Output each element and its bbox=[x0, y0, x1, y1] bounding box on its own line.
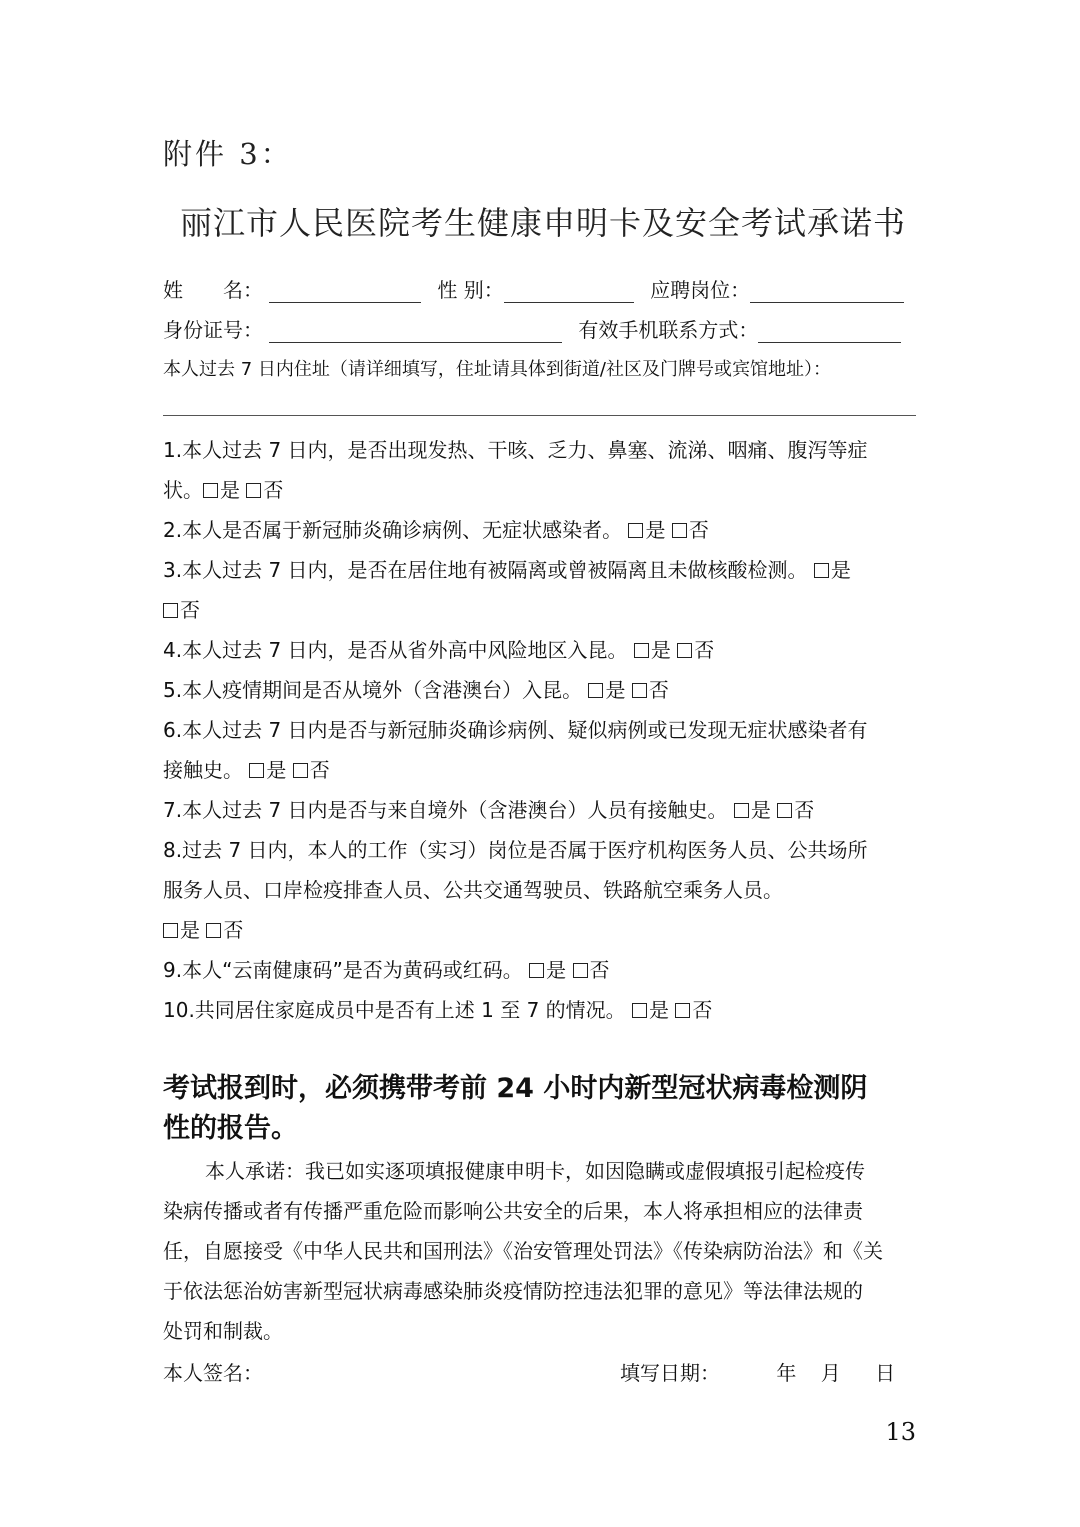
question-8-line2: 服务人员、口岸检疫排查人员、公共交通驾驶员、铁路航空乘务人员。 bbox=[163, 874, 783, 903]
gender-input[interactable] bbox=[504, 280, 634, 303]
notice-line1: 考试报到时，必须携带考前 24 小时内新型冠状病毒检测阴 bbox=[163, 1066, 867, 1105]
question-3-line2: 否 bbox=[163, 594, 200, 623]
question-8-options: 是 否 bbox=[163, 914, 243, 943]
checkbox-no[interactable] bbox=[246, 483, 261, 498]
month-label: 月 bbox=[821, 1361, 841, 1385]
question-4: 4.本人过去 7 日内，是否从省外高中风险地区入昆。 是 否 bbox=[163, 634, 714, 663]
checkbox-no[interactable] bbox=[632, 683, 647, 698]
signature-label: 本人签名： bbox=[163, 1357, 263, 1386]
id-label: 身份证号： bbox=[163, 318, 263, 342]
name-label: 姓 名： bbox=[163, 278, 263, 302]
promise-line2: 染病传播或者有传播严重危险而影响公共安全的后果，本人将承担相应的法律责 bbox=[163, 1195, 863, 1224]
address-input[interactable] bbox=[163, 415, 916, 416]
name-input[interactable] bbox=[269, 280, 421, 303]
position-label: 应聘岗位： bbox=[650, 278, 750, 302]
checkbox-yes[interactable] bbox=[529, 963, 544, 978]
question-10: 10.共同居住家庭成员中是否有上述 1 至 7 的情况。 是 否 bbox=[163, 994, 712, 1023]
question-1-line2: 状。是 否 bbox=[163, 474, 283, 503]
date-label: 填写日期： bbox=[620, 1361, 720, 1385]
checkbox-no[interactable] bbox=[677, 643, 692, 658]
checkbox-yes[interactable] bbox=[588, 683, 603, 698]
checkbox-yes[interactable] bbox=[249, 763, 264, 778]
notice-line2: 性的报告。 bbox=[163, 1106, 298, 1145]
date-row: 填写日期： 年 月 日 bbox=[620, 1357, 895, 1386]
promise-line3: 任，自愿接受《中华人民共和国刑法》《治安管理处罚法》《传染病防治法》和《关 bbox=[163, 1235, 883, 1264]
phone-label: 有效手机联系方式： bbox=[578, 318, 758, 342]
checkbox-no[interactable] bbox=[206, 923, 221, 938]
question-3-line1: 3.本人过去 7 日内，是否在居住地有被隔离或曾被隔离且未做核酸检测。 是 bbox=[163, 554, 851, 583]
checkbox-no[interactable] bbox=[163, 603, 178, 618]
question-6-line1: 6.本人过去 7 日内是否与新冠肺炎确诊病例、疑似病例或已发现无症状感染者有 bbox=[163, 714, 868, 743]
year-label: 年 bbox=[776, 1361, 796, 1385]
question-7: 7.本人过去 7 日内是否与来自境外（含港澳台）人员有接触史。 是 否 bbox=[163, 794, 814, 823]
attachment-label: 附件 3： bbox=[163, 132, 293, 173]
id-phone-row: 身份证号： 有效手机联系方式： bbox=[163, 314, 901, 343]
question-8-line1: 8.过去 7 日内，本人的工作（实习）岗位是否属于医疗机构医务人员、公共场所 bbox=[163, 834, 868, 863]
page-number: 13 bbox=[885, 1418, 916, 1446]
checkbox-yes[interactable] bbox=[632, 1003, 647, 1018]
checkbox-no[interactable] bbox=[293, 763, 308, 778]
question-1-line1: 1.本人过去 7 日内，是否出现发热、干咳、乏力、鼻塞、流涕、咽痛、腹泻等症 bbox=[163, 434, 868, 463]
promise-line5: 处罚和制裁。 bbox=[163, 1315, 283, 1344]
name-field-row: 姓 名： 性 别： 应聘岗位： bbox=[163, 274, 904, 303]
checkbox-no[interactable] bbox=[573, 963, 588, 978]
checkbox-yes[interactable] bbox=[203, 483, 218, 498]
question-2: 2.本人是否属于新冠肺炎确诊病例、无症状感染者。 是 否 bbox=[163, 514, 709, 543]
position-input[interactable] bbox=[750, 280, 904, 303]
id-input[interactable] bbox=[269, 320, 562, 343]
document-title: 丽江市人民医院考生健康申明卡及安全考试承诺书 bbox=[180, 198, 906, 244]
checkbox-yes[interactable] bbox=[814, 563, 829, 578]
promise-line4: 于依法惩治妨害新型冠状病毒感染肺炎疫情防控违法犯罪的意见》等法律法规的 bbox=[163, 1275, 863, 1304]
address-label: 本人过去 7 日内住址（请详细填写，住址请具体到街道/社区及门牌号或宾馆地址）： bbox=[163, 355, 831, 381]
question-6-line2: 接触史。 是 否 bbox=[163, 754, 330, 783]
checkbox-yes[interactable] bbox=[163, 923, 178, 938]
checkbox-yes[interactable] bbox=[634, 643, 649, 658]
checkbox-no[interactable] bbox=[672, 523, 687, 538]
checkbox-yes[interactable] bbox=[628, 523, 643, 538]
promise-line1: 本人承诺：我已如实逐项填报健康申明卡，如因隐瞒或虚假填报引起检疫传 bbox=[205, 1155, 865, 1184]
checkbox-no[interactable] bbox=[777, 803, 792, 818]
checkbox-yes[interactable] bbox=[734, 803, 749, 818]
day-label: 日 bbox=[875, 1361, 895, 1385]
phone-input[interactable] bbox=[758, 320, 901, 343]
checkbox-no[interactable] bbox=[675, 1003, 690, 1018]
question-5: 5.本人疫情期间是否从境外（含港澳台）入昆。 是 否 bbox=[163, 674, 669, 703]
gender-label: 性 别： bbox=[437, 278, 503, 302]
question-9: 9.本人“云南健康码”是否为黄码或红码。 是 否 bbox=[163, 954, 610, 983]
